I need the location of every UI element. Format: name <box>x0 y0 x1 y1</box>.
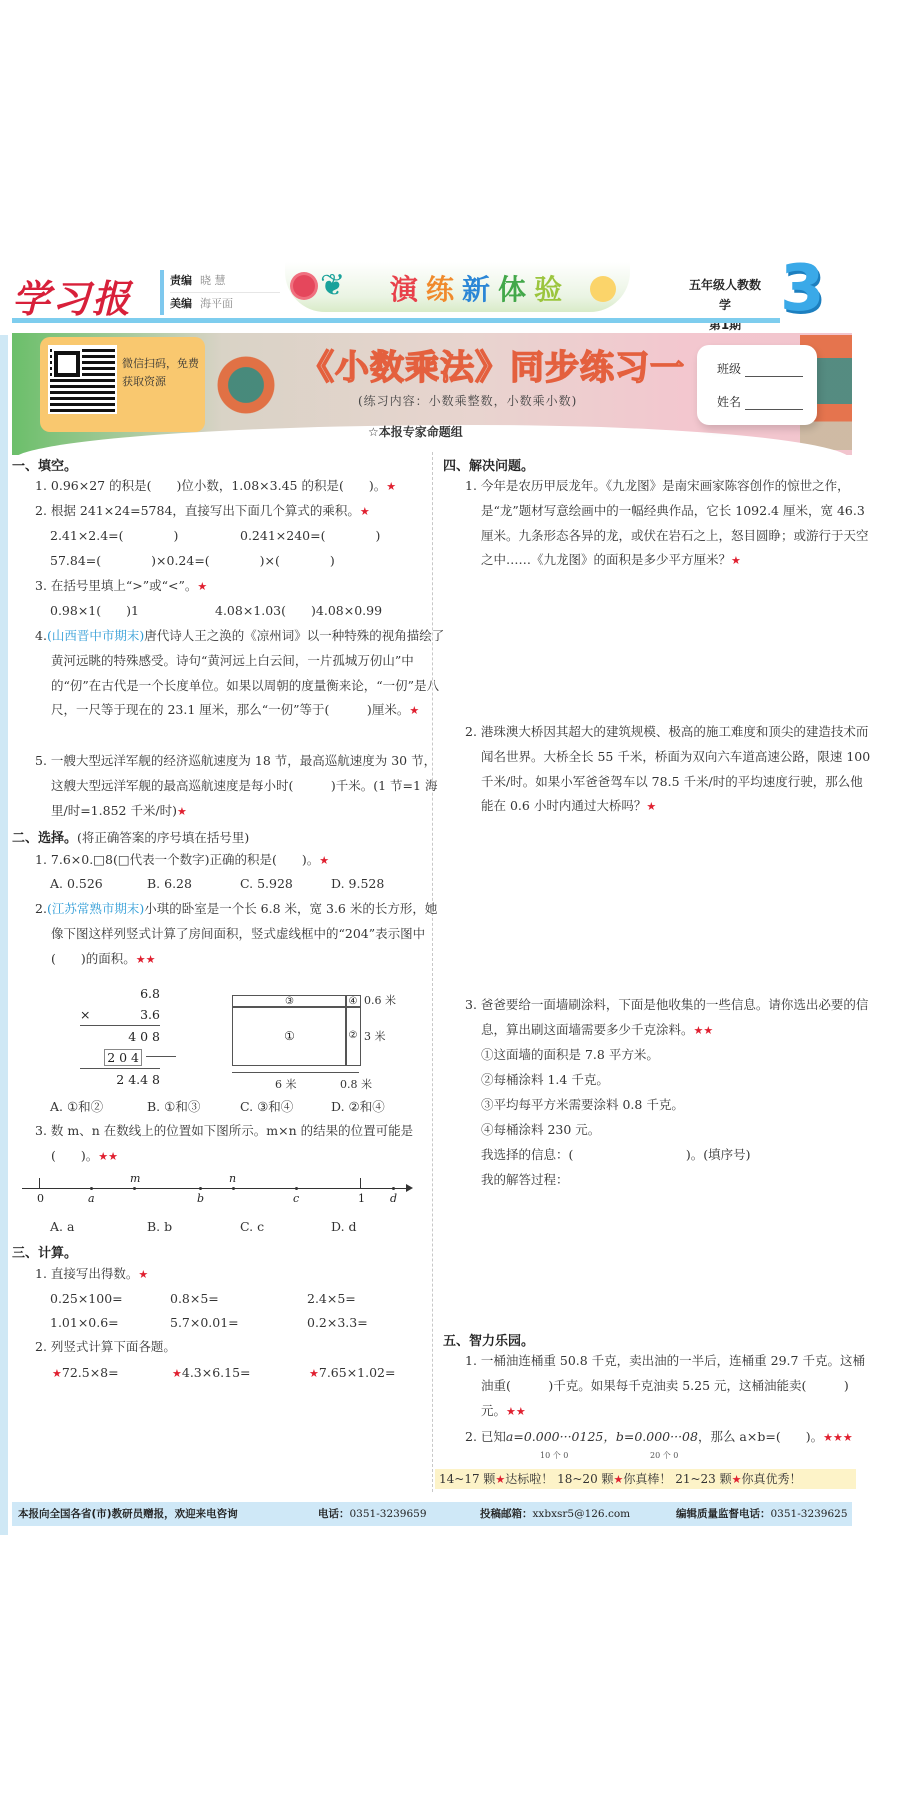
brace-note: 10 个 0 <box>540 1450 568 1461</box>
star-tally-bar: 14~17 颗★达标啦！ 18~20 颗★你真棒！ 21~23 颗★你真优秀！ <box>435 1469 856 1489</box>
footer-phone: 0351-3239659 <box>350 1508 427 1520</box>
region-1: ① <box>232 1006 347 1066</box>
authors-line: ☆本报专家命题组 <box>368 423 463 440</box>
star-icon: ★ <box>177 805 187 818</box>
slogan-char: 演 <box>390 273 426 306</box>
vertical-calc-item: ★7.65×1.02= <box>309 1361 396 1387</box>
info-item: ②每桶涂料 1.4 千克。 <box>481 1068 609 1093</box>
calc-item: 57.84=( )×0.24=( )×( ) <box>50 549 335 574</box>
question-1-2: 2. 根据 241×24=5784，直接写出下面几个算式的乘积。★ <box>35 499 430 525</box>
qr-caption: 微信扫码，免费获取资源 <box>122 355 202 391</box>
editor-row: 责编晓 慧 <box>170 270 280 293</box>
section-heading-calc: 三、计算。 <box>12 1242 77 1261</box>
question-1-3: 3. 在括号里填上“>”或“<”。★ <box>35 574 207 600</box>
star-icon: ★ <box>319 854 329 867</box>
option[interactable]: C. 5.928 <box>240 872 293 897</box>
footer-qc-phone: 0351-3239625 <box>771 1508 848 1520</box>
question-1-5: 5. 一艘大型远洋军舰的经济巡航速度为 18 节，最高巡航速度为 30 节，这艘… <box>35 749 446 824</box>
qr-code-icon[interactable] <box>50 347 115 412</box>
question-2-1: 1. 7.6×0.□8(□代表一个数字)正确的积是( )。★ <box>35 848 430 874</box>
highlighted-partial-product: 2 0 4 <box>104 1049 142 1066</box>
page-subtitle: (练习内容：小数乘整数，小数乘小数) <box>358 392 577 409</box>
option[interactable]: B. ①和③ <box>147 1095 200 1120</box>
question-5-1: 1. 一桶油连桶重 50.8 千克，卖出油的一半后，连桶重 29.7 千克。这桶… <box>465 1349 871 1424</box>
leaf-icon: ❦ <box>320 268 356 308</box>
option[interactable]: D. 9.528 <box>331 872 384 897</box>
section-heading-puzzle: 五、智力乐园。 <box>443 1330 534 1349</box>
source-tag: (山西晋中市期末) <box>47 628 144 643</box>
question-4-1: 1. 今年是农历甲辰龙年。《九龙图》是南宋画家陈容创作的惊世之作，是“龙”题材写… <box>465 474 871 574</box>
star-icon: ★ <box>409 704 419 717</box>
class-field[interactable]: 班级 <box>717 360 803 377</box>
star-icon: ★ <box>386 480 396 493</box>
question-4-2: 2. 港珠澳大桥因其超大的建筑规模、极高的施工难度和顶尖的建造技术而闻名世界。大… <box>465 720 871 820</box>
slogan-char: 验 <box>534 273 570 306</box>
vertical-calc-item: ★4.3×6.15= <box>172 1361 251 1387</box>
header-divider <box>12 318 780 323</box>
section-heading-fill: 一、填空。 <box>12 455 77 474</box>
info-item: ③平均每平方米需要涂料 0.8 千克。 <box>481 1093 684 1118</box>
source-tag: (江苏常熟市期末) <box>47 901 144 916</box>
question-2-2: 2.(江苏常熟市期末)小琪的卧室是一个长 6.8 米，宽 3.6 米的长方形，她… <box>35 897 446 972</box>
brace-note: 20 个 0 <box>650 1450 678 1461</box>
star-icon: ★★ <box>694 1024 714 1037</box>
star-icon: ★ <box>495 1473 505 1486</box>
flower-illustration <box>210 340 300 430</box>
star-icon: ★ <box>52 1367 62 1380</box>
option[interactable]: A. a <box>50 1215 74 1240</box>
option[interactable]: A. 0.526 <box>50 872 103 897</box>
compare-item: 4.08×1.03( )4.08×0.99 <box>215 599 382 624</box>
slogan: 演练新体验 <box>390 268 570 308</box>
star-icon: ★ <box>309 1367 319 1380</box>
star-icon: ★ <box>138 1268 148 1281</box>
star-icon: ★ <box>172 1367 182 1380</box>
grade-label: 五年级人教数学 <box>686 275 764 315</box>
option[interactable]: D. ②和④ <box>331 1095 385 1120</box>
dim-label: 3 米 <box>364 1025 386 1050</box>
issue-number: 3 <box>780 252 825 326</box>
question-5-2: 2. 已知a=0.000···0125，b=0.000···08，那么 a×b=… <box>465 1425 855 1451</box>
calc-item: 0.241×240=( ) <box>240 524 380 549</box>
editor-row: 美编海平面 <box>170 293 280 315</box>
calc-item: 1.01×0.6= <box>50 1311 119 1336</box>
vertical-calc-item: ★72.5×8= <box>52 1361 119 1387</box>
question-3-2: 2. 列竖式计算下面各题。 <box>35 1335 176 1360</box>
region-2: ② <box>345 1006 361 1066</box>
vertical-calculation: 6.8 ×3.6 4 0 8 2 0 4 2 4.4 8 <box>80 983 160 1090</box>
star-icon: ★★ <box>98 1150 118 1163</box>
question-1-4: 4.(山西晋中市期末)唐代诗人王之涣的《凉州词》以一种特殊的视角描绘了黄河远眺的… <box>35 624 446 724</box>
calc-item: 0.25×100= <box>50 1287 123 1312</box>
star-icon: ★★ <box>506 1405 526 1418</box>
slogan-char: 练 <box>426 273 462 306</box>
number-line: 0 a m b n c 1 d <box>22 1188 407 1189</box>
footer-notice: 本报向全国各省(市)教研员赠报，欢迎来电咨询 <box>18 1508 238 1520</box>
star-icon: ★ <box>732 1473 742 1486</box>
compare-item: 0.98×1( )1 <box>50 599 139 624</box>
slogan-char: 新 <box>462 273 498 306</box>
option[interactable]: C. ③和④ <box>240 1095 293 1120</box>
star-icon: ★ <box>197 580 207 593</box>
editors-block: 责编晓 慧 美编海平面 <box>160 270 280 315</box>
star-icon: ★ <box>360 505 370 518</box>
footer-email[interactable]: xxbxsr5@126.com <box>533 1508 631 1520</box>
info-choice: 我选择的信息：( )。(填序号) <box>481 1143 751 1168</box>
option[interactable]: B. 6.28 <box>147 872 192 897</box>
star-icon: ★ <box>646 800 656 813</box>
solution-label: 我的解答过程： <box>481 1168 569 1193</box>
calc-item: 0.2×3.3= <box>307 1311 368 1336</box>
lightbulb-icon <box>590 276 616 302</box>
newspaper-logo: 学习报 <box>12 268 132 323</box>
option[interactable]: D. d <box>331 1215 357 1240</box>
star-icon: ★ <box>731 554 741 567</box>
name-field[interactable]: 姓名 <box>717 393 803 410</box>
question-3-1: 1. 直接写出得数。★ <box>35 1262 148 1288</box>
option[interactable]: C. c <box>240 1215 264 1240</box>
question-1-1: 1. 0.96×27 的积是( )位小数，1.08×3.45 的积是( )。★ <box>35 474 430 500</box>
question-2-3: 3. 数 m、n 在数线上的位置如下图所示。m×n 的结果的位置可能是( )。★… <box>35 1119 446 1170</box>
section-heading-problems: 四、解决问题。 <box>443 455 534 474</box>
arrow-left-icon <box>146 1056 176 1057</box>
option[interactable]: B. b <box>147 1215 172 1240</box>
option[interactable]: A. ①和② <box>50 1095 103 1120</box>
grade-info: 五年级人教数学 第1期 <box>686 275 764 335</box>
calc-item: 5.7×0.01= <box>170 1311 239 1336</box>
question-4-3: 3. 爸爸要给一面墙刷涂料，下面是他收集的一些信息。请你选出必要的信息，算出刷这… <box>465 993 871 1044</box>
page-title: 《小数乘法》同步练习一 <box>300 340 685 389</box>
name-box: 班级 姓名 <box>697 345 817 425</box>
flower-icon <box>293 275 315 297</box>
left-margin-strip <box>0 335 8 1535</box>
info-item: ①这面墙的面积是 7.8 平方米。 <box>481 1043 659 1068</box>
star-icon: ★★★ <box>823 1431 853 1444</box>
calc-item: 2.41×2.4=( ) <box>50 524 178 549</box>
footer-bar: 本报向全国各省(市)教研员赠报，欢迎来电咨询 电话：0351-3239659 投… <box>12 1502 852 1526</box>
star-icon: ★★ <box>136 953 156 966</box>
star-icon: ★ <box>614 1473 624 1486</box>
slogan-char: 体 <box>498 273 534 306</box>
calc-item: 2.4×5= <box>307 1287 356 1312</box>
dim-label: 0.6 米 <box>364 989 396 1014</box>
calc-item: 0.8×5= <box>170 1287 219 1312</box>
info-item: ④每桶涂料 230 元。 <box>481 1118 600 1143</box>
